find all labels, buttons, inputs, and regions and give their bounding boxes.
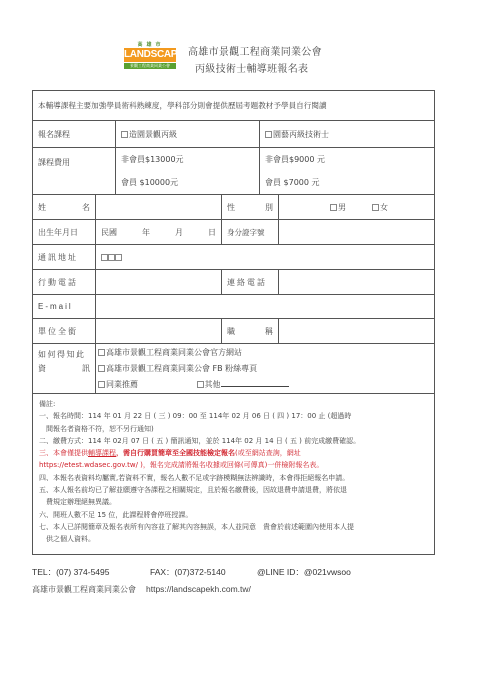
- footer-tel: TEL：(07) 374-5495: [32, 566, 150, 578]
- notes-heading: 備註:: [39, 398, 428, 410]
- day-label: 日: [208, 227, 216, 238]
- company-row: 單位全銜 職 稱: [33, 319, 434, 344]
- form-title: 丙級技術士輔導班報名表: [195, 60, 308, 75]
- note-text: (或至網站查詢，網址: [235, 449, 301, 457]
- name-row: 姓 名 性 別 男 女: [33, 195, 434, 220]
- footer-line-id: @LINE ID：@021vwsoo: [257, 566, 351, 578]
- era-label: 民國: [101, 227, 117, 238]
- gender-label: 性 別: [221, 195, 278, 219]
- org-name: 高雄市景觀工程商業同業公會: [188, 43, 322, 58]
- footer-url[interactable]: https://landscapekh.com.tw/: [146, 584, 251, 594]
- name-input[interactable]: [95, 195, 221, 219]
- source-option-referral[interactable]: 同業推薦: [98, 379, 194, 390]
- note-5-cont: 費規定辦理絕無異議。: [39, 496, 428, 508]
- job-title-input[interactable]: [278, 319, 434, 343]
- intro-text: 本輔導課程主要加強學員術科熟練度，學科部分則會提供歷屆考題教材予學員自行閱讀: [33, 91, 434, 120]
- note-text: 三、本會僅提供: [39, 449, 88, 457]
- postal-code-box[interactable]: [115, 254, 122, 261]
- note-1: 一、報名時間：114 年 01 月 22 日 ( 三 ) 09：00 至 114…: [39, 410, 428, 422]
- gender-options: 男 女: [278, 195, 434, 219]
- logo-city-text: 高雄市: [122, 41, 180, 48]
- label-char: 別: [265, 202, 273, 213]
- logo-brand-text: LANDSCAPE: [124, 48, 176, 62]
- footer-contact: TEL：(07) 374-5495FAX：(07)372-5140@LINE I…: [32, 566, 351, 578]
- footer-org: 高雄市景觀工程商業同業公會https://landscapekh.com.tw/: [32, 584, 251, 595]
- note-3-cont: https://etest.wdasec.gov.tw/ )，報名完成請將報名收…: [39, 459, 428, 471]
- label-char: 姓: [38, 202, 46, 213]
- option-label: 男: [338, 203, 346, 212]
- address-input[interactable]: [95, 245, 434, 269]
- gender-female-option[interactable]: 女: [372, 202, 388, 213]
- other-input-line[interactable]: [221, 386, 289, 387]
- address-row: 通訊地址: [33, 245, 434, 270]
- option-label: 高雄市景觀工程商業同業公會官方網站: [106, 348, 242, 357]
- birth-row: 出生年月日 民國 年 月 日 身分證字號: [33, 220, 434, 245]
- etest-link[interactable]: https://etest.wdasec.gov.tw/ ): [39, 461, 143, 469]
- label-line: 資 訊: [38, 362, 90, 376]
- fee-landscape: 非會員$13000元 會員 $10000元: [115, 148, 259, 194]
- label-char: 稱: [265, 326, 273, 337]
- source-option-facebook[interactable]: 高雄市景觀工程商業同業公會 FB 粉絲專頁: [98, 363, 257, 374]
- label-char: 性: [227, 202, 235, 213]
- id-number-input[interactable]: [278, 220, 434, 244]
- logo-sub-text: 景觀工程商業同業公會: [124, 63, 176, 69]
- contact-phone-label: 連絡電話: [221, 270, 278, 294]
- note-date: 114 年 02月 07 日 ( 五 ): [88, 437, 168, 445]
- course-option-label: 造園景觀丙級: [129, 129, 177, 140]
- course-row: 報名課程 造園景觀丙級 園藝丙級技術士: [33, 121, 434, 148]
- course-option-landscape[interactable]: 造園景觀丙級: [115, 121, 259, 147]
- checkbox[interactable]: [121, 131, 128, 138]
- fee-horticulture: 非會員$9000 元 會員 $7000 元: [259, 148, 434, 194]
- mobile-label: 行動電話: [33, 270, 95, 294]
- fee-nonmember: 非會員$13000元: [121, 154, 184, 165]
- checkbox[interactable]: [265, 131, 272, 138]
- birth-input[interactable]: 民國 年 月 日: [95, 220, 221, 244]
- source-option-other[interactable]: 其他: [197, 380, 289, 389]
- option-label: 其他: [205, 380, 221, 389]
- mobile-input[interactable]: [95, 270, 221, 294]
- label-line: 如何得知此: [38, 348, 90, 362]
- notes-section: 備註: 一、報名時間：114 年 01 月 22 日 ( 三 ) 09：00 至…: [33, 394, 434, 550]
- note-date: 114年 02 月 14 日 ( 五 ): [222, 437, 302, 445]
- fee-member: 會員 $7000 元: [265, 177, 320, 188]
- source-option-website[interactable]: 高雄市景觀工程商業同業公會官方網站: [98, 347, 242, 358]
- course-option-label: 園藝丙級技術士: [273, 129, 329, 140]
- option-label: 女: [380, 203, 388, 212]
- fee-row: 課程費用 非會員$13000元 會員 $10000元 非會員$9000 元 會員…: [33, 148, 434, 195]
- checkbox[interactable]: [98, 381, 105, 388]
- company-input[interactable]: [95, 319, 221, 343]
- year-label: 年: [142, 227, 150, 238]
- source-row: 如何得知此 資 訊 高雄市景觀工程商業同業公會官方網站 高雄市景觀工程商業同業公…: [33, 344, 434, 394]
- checkbox[interactable]: [98, 349, 105, 356]
- email-label: E-mail: [33, 295, 95, 318]
- id-number-label: 身分證字號: [221, 220, 278, 244]
- note-3: 三、本會僅提供輔導課程，需自行購買簡章至全國技能檢定報名(或至網站查詢，網址: [39, 447, 428, 459]
- footer-fax: FAX：(07)372-5140: [150, 566, 257, 578]
- contact-phone-input[interactable]: [278, 270, 434, 294]
- source-label: 如何得知此 資 訊: [33, 344, 95, 393]
- note-text: 二、繳費方式：: [39, 437, 88, 445]
- note-text: 簡訊通知，並於: [170, 437, 219, 445]
- source-option-row3: 同業推薦 其他: [98, 379, 289, 390]
- note-5: 五、本人報名前均已了解並願遵守各課程之相關規定，且於報名繳費後，因故退費申請退費…: [39, 484, 428, 496]
- document-header: 高雄市 LANDSCAPE 景觀工程商業同業公會 高雄市景觀工程商業同業公會 丙…: [0, 36, 480, 80]
- job-title-label: 職 稱: [221, 319, 278, 343]
- option-label: 同業推薦: [106, 380, 138, 389]
- note-1-cont: 間報名者資格不符，恕不另行通知): [39, 423, 428, 435]
- note-7-cont: 供之個人資料。: [39, 533, 428, 545]
- label-char: 名: [82, 202, 90, 213]
- checkbox[interactable]: [372, 204, 379, 211]
- intro-row: 本輔導課程主要加強學員術科熟練度，學科部分則會提供歷屆考題教材予學員自行閱讀: [33, 91, 434, 121]
- course-option-horticulture[interactable]: 園藝丙級技術士: [259, 121, 434, 147]
- course-label: 報名課程: [33, 121, 115, 147]
- postal-code-box[interactable]: [101, 254, 108, 261]
- company-label: 單位全銜: [33, 319, 95, 343]
- fee-member: 會員 $10000元: [121, 177, 178, 188]
- footer-org-name: 高雄市景觀工程商業同業公會: [32, 584, 136, 595]
- label-char: 職: [227, 326, 235, 337]
- note-7: 七、本人已詳閱簡章及報名表所有內容並了解其內容無誤，本人並同意 貴會於前述範圍內…: [39, 521, 428, 533]
- note-text: 一、報名時間：: [39, 412, 88, 420]
- note-bold: ，需自行購買簡章至全國技能檢定報名: [116, 449, 235, 457]
- note-text: 前完成繳費確認。: [304, 437, 360, 445]
- note-6: 六、開班人數不足 15 位，此課程將會停班授課。: [39, 509, 428, 521]
- note-date: 114 年 01 月 22 日 ( 三 ) 09：00 至 114年 02 月 …: [88, 412, 325, 420]
- birth-label: 出生年月日: [33, 220, 95, 244]
- postal-code-box[interactable]: [108, 254, 115, 261]
- label-char: 資: [38, 362, 46, 376]
- checkbox[interactable]: [197, 381, 204, 388]
- note-2: 二、繳費方式：114 年 02月 07 日 ( 五 ) 簡訊通知，並於 114年…: [39, 435, 428, 447]
- note-text: (超過時: [328, 412, 352, 420]
- fee-nonmember: 非會員$9000 元: [265, 154, 325, 165]
- option-label: 高雄市景觀工程商業同業公會 FB 粉絲專頁: [106, 364, 257, 373]
- note-text: ，報名完成請將報名收據或回條(可傳真)一併檢附報名表。: [143, 461, 323, 469]
- note-underline: 輔導課程: [88, 449, 116, 457]
- note-4: 四、本報名表資料均屬實,若資料不實，報名人數不足或字跡模糊無法辨識時，本會得拒絕…: [39, 472, 428, 484]
- fee-label: 課程費用: [33, 148, 115, 194]
- gender-male-option[interactable]: 男: [330, 202, 346, 213]
- email-input[interactable]: [95, 295, 434, 318]
- phone-row: 行動電話 連絡電話: [33, 270, 434, 295]
- checkbox[interactable]: [330, 204, 337, 211]
- email-row: E-mail: [33, 295, 434, 319]
- month-label: 月: [175, 227, 183, 238]
- name-label: 姓 名: [33, 195, 95, 219]
- source-options: 高雄市景觀工程商業同業公會官方網站 高雄市景觀工程商業同業公會 FB 粉絲專頁 …: [95, 344, 434, 393]
- registration-form: 本輔導課程主要加強學員術科熟練度，學科部分則會提供歷屆考題教材予學員自行閱讀 報…: [32, 90, 435, 555]
- address-label: 通訊地址: [33, 245, 95, 269]
- landscape-logo: 高雄市 LANDSCAPE 景觀工程商業同業公會: [122, 41, 180, 75]
- checkbox[interactable]: [98, 365, 105, 372]
- label-char: 訊: [82, 362, 90, 376]
